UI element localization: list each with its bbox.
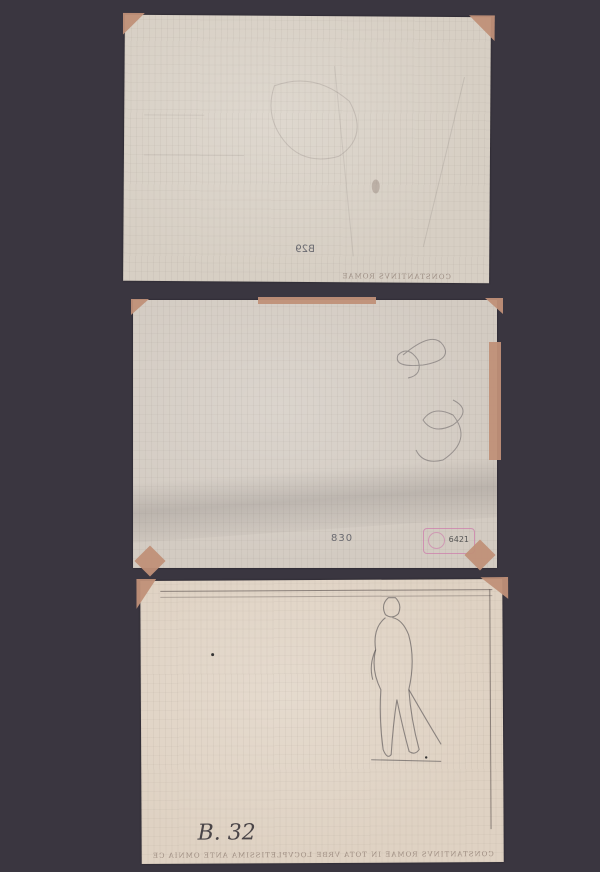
mirrored-print-text: CONSTANTINVS ROMAE	[323, 272, 469, 281]
pencil-inventory-label: B29	[295, 244, 315, 255]
paper-texture	[140, 579, 503, 864]
pencil-inventory-label: 830	[331, 533, 353, 544]
paper-sheet-middle: 830 6421	[133, 300, 497, 568]
tape-strip-top	[258, 297, 376, 304]
paper-texture	[123, 15, 491, 284]
stamp-circle-icon	[428, 532, 445, 549]
collection-stamp: 6421	[423, 528, 475, 554]
paper-sheet-top: B29 CONSTANTINVS ROMAE	[123, 15, 491, 284]
pencil-inventory-label: B. 32	[198, 820, 256, 845]
tape-strip-right	[489, 342, 501, 460]
stamp-number: 6421	[449, 535, 469, 544]
paper-sheet-bottom: B. 32 CONSTANTINVS ROMAE IN TOTA VRBE LO…	[140, 579, 503, 864]
